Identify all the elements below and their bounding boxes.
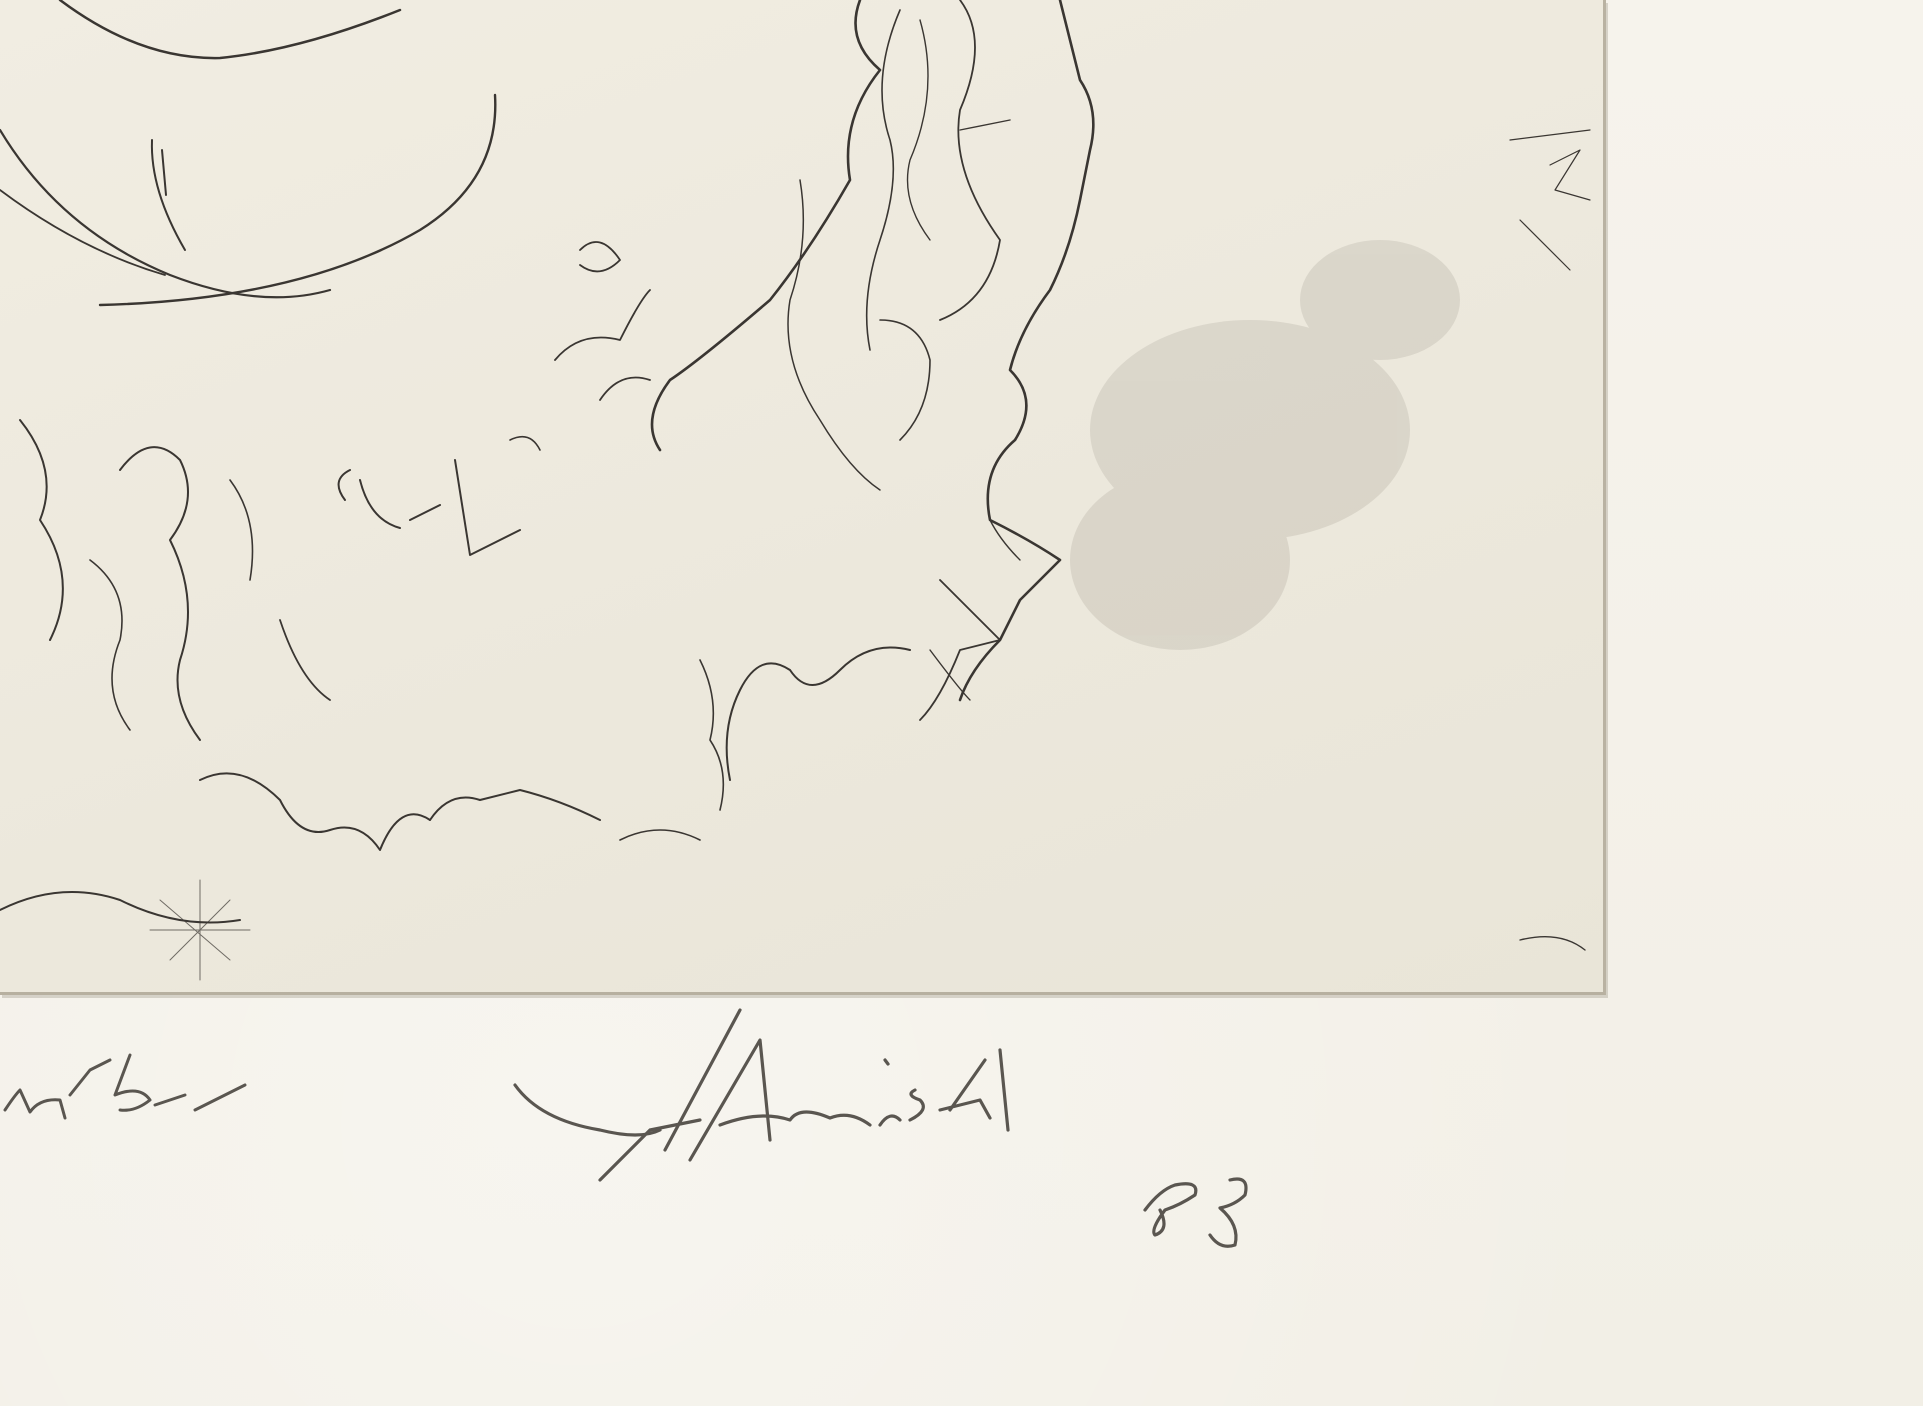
etched-plate-area <box>0 0 1606 995</box>
etched-drawing <box>0 0 1603 992</box>
aquatint-smudge <box>1070 240 1460 650</box>
